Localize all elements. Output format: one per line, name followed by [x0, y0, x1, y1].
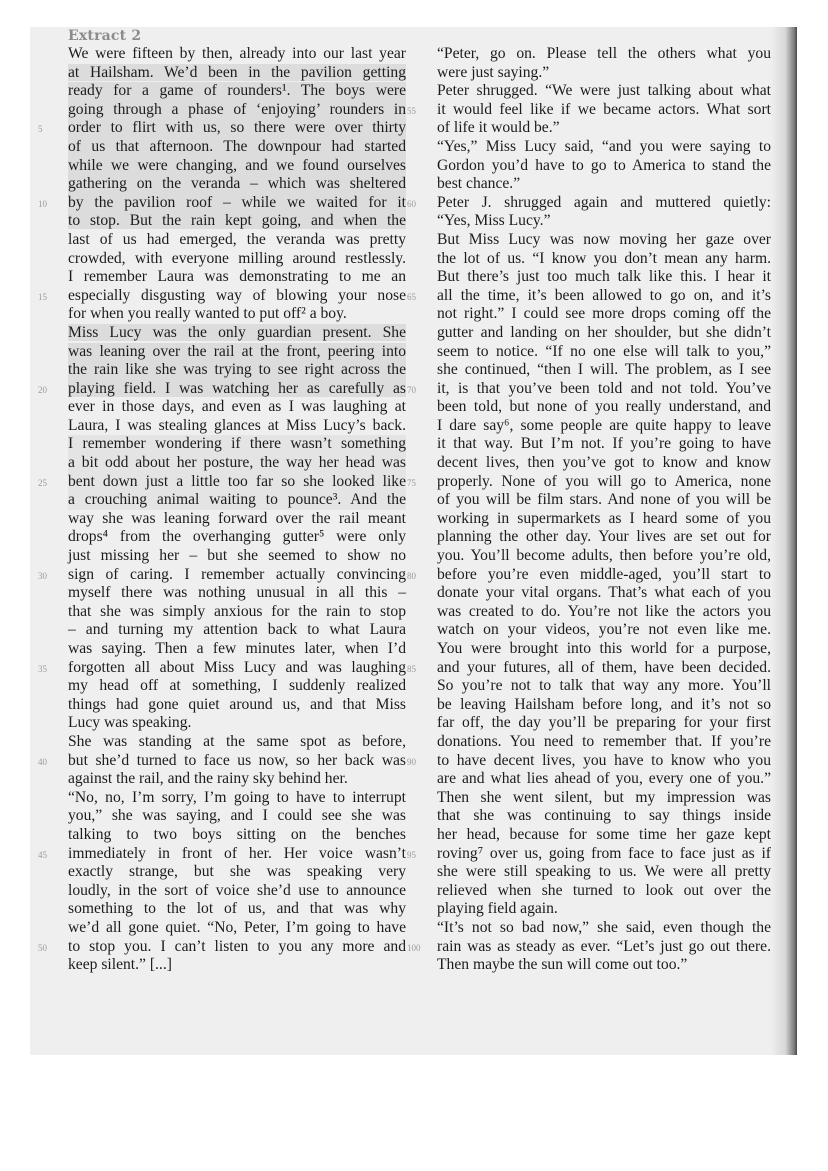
line-text: “Peter, go on. Please tell the others wh…: [437, 45, 771, 62]
text-line: at Hailsham. We’d been in the pavilion g…: [68, 64, 406, 83]
line-text: especially disgusting way of blowing you…: [68, 287, 406, 304]
line-text: against the rail, and the rainy sky behi…: [68, 770, 348, 787]
right-text-column: “Peter, go on. Please tell the others wh…: [437, 45, 771, 975]
text-line: gutter and landing on her shoulder, but …: [437, 324, 771, 343]
line-text: by the pavilion roof – while we waited f…: [68, 194, 406, 211]
line-number: 45: [38, 846, 62, 865]
line-number: 30: [38, 567, 62, 586]
line-text: I remember wondering if there wasn’t som…: [68, 435, 406, 452]
line-text: the rain like she was trying to see righ…: [68, 361, 406, 378]
text-line: to stop. But the rain kept going, and wh…: [68, 212, 406, 231]
line-text: you. You’ll become adults, then before y…: [437, 547, 771, 564]
text-line: you. You’ll become adults, then before y…: [437, 547, 771, 566]
text-line: ever in those days, and even as I was la…: [68, 398, 406, 417]
line-text: Peter J. shrugged again and muttered qui…: [437, 194, 771, 211]
line-text: a bit odd about her posture, the way her…: [68, 454, 406, 471]
line-text: the lot of us. “I know you don’t mean an…: [437, 250, 771, 267]
line-text: it would feel like if we became actors. …: [437, 101, 771, 118]
text-line: was created to do. You’re not like the a…: [437, 603, 771, 622]
text-line: 50to stop you. I can’t listen to you any…: [68, 938, 406, 957]
line-text: ever in those days, and even as I was la…: [68, 398, 406, 415]
line-text: but she’d turned to face us now, so her …: [68, 752, 406, 769]
text-line: 100rain was as steady as ever. “Let’s ju…: [437, 938, 771, 957]
line-text: relieved when she turned to look out ove…: [437, 882, 771, 899]
text-line: far off, the day you’ll be preparing for…: [437, 714, 771, 733]
line-text: of us that afternoon. The downpour had s…: [68, 138, 406, 155]
text-line: best chance.”: [437, 175, 771, 194]
text-line: she continued, “then I will. The problem…: [437, 361, 771, 380]
text-line: “Peter, go on. Please tell the others wh…: [437, 45, 771, 64]
page-edge-shadow: [771, 27, 797, 1055]
line-text: drops⁴ from the overhanging gutter⁵ were…: [68, 528, 406, 545]
line-text: sign of caring. I remember actually conv…: [68, 566, 406, 583]
text-line: talking to two boys sitting on the bench…: [68, 826, 406, 845]
line-text: Gordon you’d have to go to America to st…: [437, 157, 771, 174]
line-text: But there’s just too much talk like this…: [437, 268, 771, 285]
line-text: “Yes, Miss Lucy.”: [437, 212, 551, 229]
text-line: loudly, in the sort of voice she’d use t…: [68, 882, 406, 901]
line-text: were just saying.”: [437, 64, 549, 81]
line-number: 55: [407, 102, 431, 121]
line-text: bent down just a little too far so she l…: [68, 473, 406, 490]
text-line: 20playing field. I was watching her as c…: [68, 380, 406, 399]
text-line: playing field again.: [437, 900, 771, 919]
line-number: 65: [407, 288, 431, 307]
line-text: are and what lies ahead of you, every on…: [437, 770, 771, 787]
text-line: She was standing at the same spot as bef…: [68, 733, 406, 752]
line-number: 25: [38, 474, 62, 493]
line-text: rain was as steady as ever. “Let’s just …: [437, 938, 771, 955]
text-line: working in supermarkets as I heard some …: [437, 510, 771, 529]
line-text: all the time, it’s been allowed to go on…: [437, 287, 771, 304]
text-line: 30sign of caring. I remember actually co…: [68, 566, 406, 585]
text-line: I remember Laura was demonstrating to me…: [68, 268, 406, 287]
text-line: we’d all gone quiet. “No, Peter, I’m goi…: [68, 919, 406, 938]
text-line: 90to have decent lives, you have to know…: [437, 752, 771, 771]
text-line: 15especially disgusting way of blowing y…: [68, 287, 406, 306]
text-line: something to the lot of us, and that was…: [68, 900, 406, 919]
line-text: I dare say⁶, some people are quite happy…: [437, 417, 771, 434]
line-text: and your futures, all of them, have been…: [437, 659, 771, 676]
text-line: going through a phase of ‘enjoying’ roun…: [68, 101, 406, 120]
text-line: a crouching animal waiting to pounce³. A…: [68, 491, 406, 510]
line-text: at Hailsham. We’d been in the pavilion g…: [68, 64, 406, 81]
line-text: something to the lot of us, and that was…: [68, 900, 406, 917]
text-line: donations. You need to remember that. If…: [437, 733, 771, 752]
text-line: I dare say⁶, some people are quite happy…: [437, 417, 771, 436]
line-text: been told, but none of you really unders…: [437, 398, 771, 415]
text-line: 10by the pavilion roof – while we waited…: [68, 194, 406, 213]
line-text: gutter and landing on her shoulder, but …: [437, 324, 771, 341]
line-text: decent lives, then you’ve got to know an…: [437, 454, 771, 471]
text-line: against the rail, and the rainy sky behi…: [68, 770, 406, 789]
text-line: ready for a game of rounders¹. The boys …: [68, 82, 406, 101]
text-line: was leaning over the rail at the front, …: [68, 343, 406, 362]
line-text: that she was continuing to say things in…: [437, 807, 771, 824]
line-number: 70: [407, 381, 431, 400]
text-line: was saying. Then a few minutes later, wh…: [68, 640, 406, 659]
text-line: my head off at something, I suddenly rea…: [68, 677, 406, 696]
text-line: of us that afternoon. The downpour had s…: [68, 138, 406, 157]
line-text: it that way. But I’m not. If you’re goin…: [437, 435, 771, 452]
line-text: a crouching animal waiting to pounce³. A…: [68, 491, 406, 508]
text-line: the rain like she was trying to see righ…: [68, 361, 406, 380]
line-text: it, is that you’ve been told and not tol…: [437, 380, 771, 397]
text-line: planning the other day. Your lives are s…: [437, 528, 771, 547]
line-text: working in supermarkets as I heard some …: [437, 510, 771, 527]
text-line: last of us had emerged, the veranda was …: [68, 231, 406, 250]
text-line: donate your vital organs. That’s what ea…: [437, 584, 771, 603]
line-text: far off, the day you’ll be preparing for…: [437, 714, 771, 731]
line-text: roving⁷ over us, going from face to face…: [437, 845, 771, 862]
line-text: was leaning over the rail at the front, …: [68, 343, 406, 360]
line-text: way she was leaning forward over the rai…: [68, 510, 406, 527]
line-text: while we were changing, and we found our…: [68, 157, 406, 174]
text-line: she were still speaking to us. We were a…: [437, 863, 771, 882]
line-number: 40: [38, 753, 62, 772]
text-line: Then maybe the sun will come out too.”: [437, 956, 771, 975]
text-line: for when you really wanted to put off² a…: [68, 305, 406, 324]
line-text: She was standing at the same spot as bef…: [68, 733, 406, 750]
text-line: been told, but none of you really unders…: [437, 398, 771, 417]
line-number: 60: [407, 195, 431, 214]
line-number: 95: [407, 846, 431, 865]
line-number: 10: [38, 195, 62, 214]
text-line: But Miss Lucy was now moving her gaze ov…: [437, 231, 771, 250]
line-text: to stop you. I can’t listen to you any m…: [68, 938, 406, 955]
text-line: – and turning my attention back to what …: [68, 621, 406, 640]
line-text: seem to notice. “If no one else will tal…: [437, 343, 771, 360]
line-number: 50: [38, 939, 62, 958]
line-text: best chance.”: [437, 175, 520, 192]
line-text: donations. You need to remember that. If…: [437, 733, 771, 750]
text-line: But there’s just too much talk like this…: [437, 268, 771, 287]
line-text: not right.” I could see more drops comin…: [437, 305, 771, 322]
text-line: keep silent.” [...]: [68, 956, 406, 975]
text-line: exactly strange, but she was speaking ve…: [68, 863, 406, 882]
text-line: Peter shrugged. “We were just talking ab…: [437, 82, 771, 101]
line-text: Then maybe the sun will come out too.”: [437, 956, 687, 973]
text-line: are and what lies ahead of you, every on…: [437, 770, 771, 789]
line-text: Laura, I was stealing glances at Miss Lu…: [68, 417, 406, 434]
line-number: 90: [407, 753, 431, 772]
line-text: We were fifteen by then, already into ou…: [68, 45, 406, 62]
text-line: We were fifteen by then, already into ou…: [68, 45, 406, 64]
line-text: loudly, in the sort of voice she’d use t…: [68, 882, 406, 899]
line-text: immediately in front of her. Her voice w…: [68, 845, 406, 862]
line-text: my head off at something, I suddenly rea…: [68, 677, 406, 694]
line-text: donate your vital organs. That’s what ea…: [437, 584, 771, 601]
text-line: You were brought into this world for a p…: [437, 640, 771, 659]
line-text: playing field again.: [437, 900, 558, 917]
text-line: So you’re not to talk that way any more.…: [437, 677, 771, 696]
line-text: for when you really wanted to put off² a…: [68, 305, 347, 322]
line-number: 15: [38, 288, 62, 307]
line-number: 20: [38, 381, 62, 400]
line-text: to stop. But the rain kept going, and wh…: [68, 212, 406, 229]
text-line: just missing her – but she seemed to sho…: [68, 547, 406, 566]
line-text: talking to two boys sitting on the bench…: [68, 826, 406, 843]
text-line: myself there was nothing unusual in all …: [68, 584, 406, 603]
line-text: going through a phase of ‘enjoying’ roun…: [68, 101, 406, 118]
line-text: Miss Lucy was the only guardian present.…: [68, 324, 406, 341]
text-line: “Yes,” Miss Lucy said, “and you were say…: [437, 138, 771, 157]
text-line: 65all the time, it’s been allowed to go …: [437, 287, 771, 306]
text-line: Gordon you’d have to go to America to st…: [437, 157, 771, 176]
line-text: keep silent.” [...]: [68, 956, 172, 973]
line-text: be leaving Hailsham before long, and it’…: [437, 696, 771, 713]
line-text: – and turning my attention back to what …: [68, 621, 406, 638]
line-text: we’d all gone quiet. “No, Peter, I’m goi…: [68, 919, 406, 936]
text-line: 85and your futures, all of them, have be…: [437, 659, 771, 678]
text-line: you,” she was saying, and I could see sh…: [68, 807, 406, 826]
text-line: “No, no, I’m sorry, I’m going to have to…: [68, 789, 406, 808]
text-line: way she was leaning forward over the rai…: [68, 510, 406, 529]
text-line: 60Peter J. shrugged again and muttered q…: [437, 194, 771, 213]
line-number: 80: [407, 567, 431, 586]
line-text: “No, no, I’m sorry, I’m going to have to…: [68, 789, 406, 806]
document-page: Extract 2 We were fifteen by then, alrea…: [30, 27, 797, 1055]
text-line: 25bent down just a little too far so she…: [68, 473, 406, 492]
line-text: last of us had emerged, the veranda was …: [68, 231, 406, 248]
text-line: that she was continuing to say things in…: [437, 807, 771, 826]
line-text: You were brought into this world for a p…: [437, 640, 771, 657]
text-line: Then she went silent, but my impression …: [437, 789, 771, 808]
line-text: So you’re not to talk that way any more.…: [437, 677, 771, 694]
text-line: 5order to flirt with us, so there were o…: [68, 119, 406, 138]
line-text: was saying. Then a few minutes later, wh…: [68, 640, 406, 657]
text-line: were just saying.”: [437, 64, 771, 83]
text-line: her head, because for some time her gaze…: [437, 826, 771, 845]
line-number: 75: [407, 474, 431, 493]
text-line: be leaving Hailsham before long, and it’…: [437, 696, 771, 715]
text-line: 40but she’d turned to face us now, so he…: [68, 752, 406, 771]
text-line: “It’s not so bad now,” she said, even th…: [437, 919, 771, 938]
text-line: while we were changing, and we found our…: [68, 157, 406, 176]
line-text: gathering on the veranda – which was she…: [68, 175, 406, 192]
text-line: a bit odd about her posture, the way her…: [68, 454, 406, 473]
text-line: of life it would be.”: [437, 119, 771, 138]
text-line: 75properly. None of you will go to Ameri…: [437, 473, 771, 492]
line-text: “It’s not so bad now,” she said, even th…: [437, 919, 771, 936]
text-line: 35forgotten all about Miss Lucy and was …: [68, 659, 406, 678]
text-line: decent lives, then you’ve got to know an…: [437, 454, 771, 473]
text-line: 95roving⁷ over us, going from face to fa…: [437, 845, 771, 864]
left-text-column: We were fifteen by then, already into ou…: [68, 45, 406, 975]
line-text: crowded, with everyone milling around re…: [68, 250, 406, 267]
text-line: I remember wondering if there wasn’t som…: [68, 435, 406, 454]
line-text: But Miss Lucy was now moving her gaze ov…: [437, 231, 771, 248]
text-line: it that way. But I’m not. If you’re goin…: [437, 435, 771, 454]
text-line: Laura, I was stealing glances at Miss Lu…: [68, 417, 406, 436]
text-line: Lucy was speaking.: [68, 714, 406, 733]
text-line: crowded, with everyone milling around re…: [68, 250, 406, 269]
text-line: watch on your videos, you’re not even li…: [437, 621, 771, 640]
line-text: Then she went silent, but my impression …: [437, 789, 771, 806]
line-text: Lucy was speaking.: [68, 714, 191, 731]
line-text: before you’re even middle-aged, you’ll s…: [437, 566, 771, 583]
line-text: to have decent lives, you have to know w…: [437, 752, 771, 769]
text-line: things had gone quiet around us, and tha…: [68, 696, 406, 715]
text-line: gathering on the veranda – which was she…: [68, 175, 406, 194]
text-line: drops⁴ from the overhanging gutter⁵ were…: [68, 528, 406, 547]
line-text: properly. None of you will go to America…: [437, 473, 771, 490]
line-text: was created to do. You’re not like the a…: [437, 603, 771, 620]
line-text: “Yes,” Miss Lucy said, “and you were say…: [437, 138, 771, 155]
text-line: relieved when she turned to look out ove…: [437, 882, 771, 901]
text-line: Miss Lucy was the only guardian present.…: [68, 324, 406, 343]
line-text: of life it would be.”: [437, 119, 560, 136]
text-line: not right.” I could see more drops comin…: [437, 305, 771, 324]
line-text: she were still speaking to us. We were a…: [437, 863, 771, 880]
text-line: seem to notice. “If no one else will tal…: [437, 343, 771, 362]
text-line: 80before you’re even middle-aged, you’ll…: [437, 566, 771, 585]
line-text: playing field. I was watching her as car…: [68, 380, 406, 397]
line-text: Peter shrugged. “We were just talking ab…: [437, 82, 771, 99]
text-line: 45immediately in front of her. Her voice…: [68, 845, 406, 864]
line-number: 35: [38, 660, 62, 679]
line-text: forgotten all about Miss Lucy and was la…: [68, 659, 406, 676]
line-text: exactly strange, but she was speaking ve…: [68, 863, 406, 880]
line-text: you,” she was saying, and I could see sh…: [68, 807, 406, 824]
line-text: her head, because for some time her gaze…: [437, 826, 771, 843]
line-text: of you will be film stars. And none of y…: [437, 491, 771, 508]
line-number: 5: [38, 120, 62, 139]
text-line: “Yes, Miss Lucy.”: [437, 212, 771, 231]
extract-title: Extract 2: [68, 28, 141, 44]
text-line: 55it would feel like if we became actors…: [437, 101, 771, 120]
line-text: watch on your videos, you’re not even li…: [437, 621, 771, 638]
text-line: of you will be film stars. And none of y…: [437, 491, 771, 510]
text-line: the lot of us. “I know you don’t mean an…: [437, 250, 771, 269]
line-text: order to flirt with us, so there were ov…: [68, 119, 406, 136]
line-text: planning the other day. Your lives are s…: [437, 528, 771, 545]
line-text: things had gone quiet around us, and tha…: [68, 696, 406, 713]
line-number: 85: [407, 660, 431, 679]
line-text: just missing her – but she seemed to sho…: [68, 547, 406, 564]
line-number: 100: [407, 939, 431, 958]
line-text: I remember Laura was demonstrating to me…: [68, 268, 406, 285]
line-text: myself there was nothing unusual in all …: [68, 584, 406, 601]
line-text: ready for a game of rounders¹. The boys …: [68, 82, 406, 99]
line-text: that she was simply anxious for the rain…: [68, 603, 406, 620]
text-line: that she was simply anxious for the rain…: [68, 603, 406, 622]
line-text: she continued, “then I will. The problem…: [437, 361, 771, 378]
text-line: 70it, is that you’ve been told and not t…: [437, 380, 771, 399]
